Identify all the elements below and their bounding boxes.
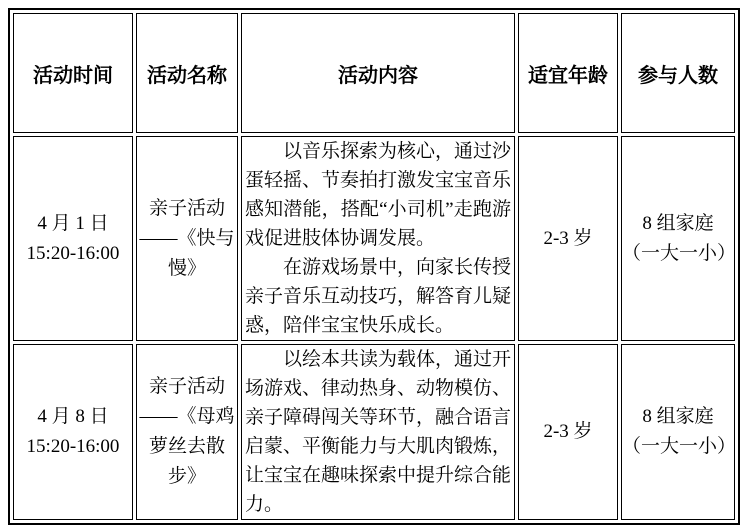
- activity-time-cell: 4 月 1 日 15:20-16:00: [13, 136, 133, 341]
- table-row: 4 月 1 日 15:20-16:00 亲子活动 ——《快与 慢》 以音乐探索为…: [13, 136, 735, 341]
- suitable-age-cell: 2-3 岁: [518, 136, 618, 341]
- activity-name-cell: 亲子活动 ——《快与 慢》: [136, 136, 238, 341]
- participant-count-cell: 8 组家庭 （一大一小）: [621, 136, 735, 341]
- header-activity-time: 活动时间: [13, 13, 133, 133]
- header-activity-content: 活动内容: [241, 13, 515, 133]
- header-suitable-age: 适宜年龄: [518, 13, 618, 133]
- header-participant-count: 参与人数: [621, 13, 735, 133]
- activity-name-cell: 亲子活动 ——《母鸡 萝丝去散 步》: [136, 344, 238, 520]
- content-paragraph: 以音乐探索为核心，通过沙蛋轻摇、节奏拍打激发宝宝音乐感知潜能，搭配“小司机”走跑…: [245, 137, 511, 253]
- content-paragraph: 以绘本共读为载体，通过开场游戏、律动热身、动物模仿、亲子障碍闯关等环节，融合语言…: [245, 345, 511, 519]
- content-paragraph: 在游戏场景中，向家长传授亲子音乐互动技巧，解答育儿疑惑，陪伴宝宝快乐成长。: [245, 253, 511, 340]
- activity-content-cell: 以绘本共读为载体，通过开场游戏、律动热身、动物模仿、亲子障碍闯关等环节，融合语言…: [241, 344, 515, 520]
- activity-schedule-table: 活动时间 活动名称 活动内容 适宜年龄 参与人数 4 月 1 日 15:20-1…: [8, 8, 740, 525]
- header-activity-name: 活动名称: [136, 13, 238, 133]
- activity-time-cell: 4 月 8 日 15:20-16:00: [13, 344, 133, 520]
- table-row: 4 月 8 日 15:20-16:00 亲子活动 ——《母鸡 萝丝去散 步》 以…: [13, 344, 735, 520]
- participant-count-cell: 8 组家庭 （一大一小）: [621, 344, 735, 520]
- suitable-age-cell: 2-3 岁: [518, 344, 618, 520]
- activity-content-cell: 以音乐探索为核心，通过沙蛋轻摇、节奏拍打激发宝宝音乐感知潜能，搭配“小司机”走跑…: [241, 136, 515, 341]
- header-row: 活动时间 活动名称 活动内容 适宜年龄 参与人数: [13, 13, 735, 133]
